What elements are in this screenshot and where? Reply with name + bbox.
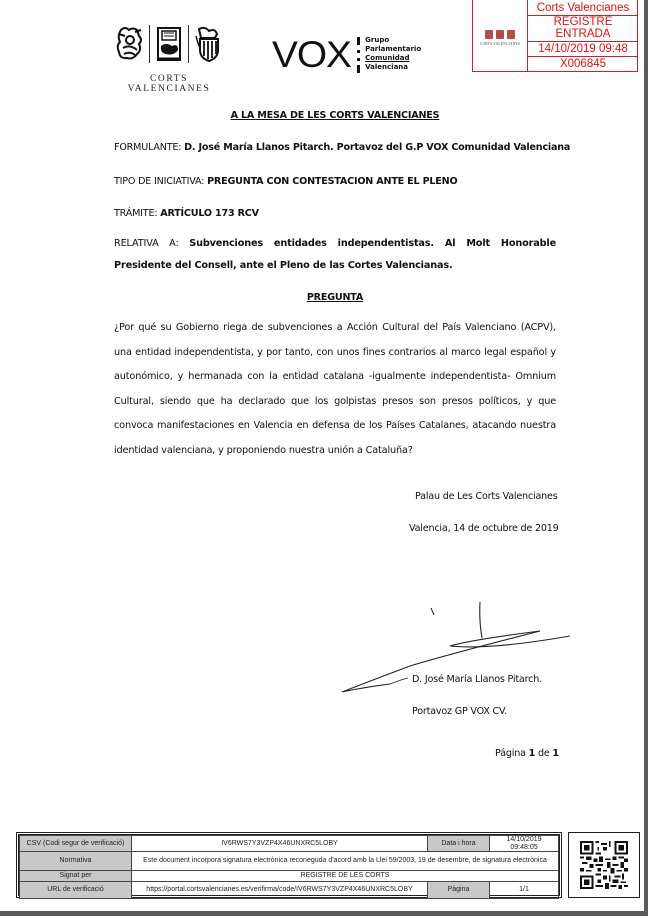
normativa-value: Este document incorpora signatura electr… bbox=[132, 852, 559, 871]
place-line: Palau de Les Corts Valencianes bbox=[415, 491, 558, 502]
stamp-logo: CORTS VALENCIANES bbox=[473, 0, 528, 71]
document-heading: A LA MESA DE LES CORTS VALENCIANES bbox=[114, 110, 556, 121]
signat-value: REGISTRE DE LES CORTS bbox=[132, 871, 559, 882]
formulante-label: FORMULANTE: bbox=[114, 142, 184, 153]
qr-code-icon bbox=[580, 841, 628, 889]
pregunta-heading: PREGUNTA bbox=[114, 292, 556, 303]
stamp-institution: Corts Valencianes bbox=[528, 0, 638, 16]
stamp-type: REGISTRE ENTRADA bbox=[528, 16, 638, 42]
qr-code-box bbox=[568, 832, 640, 898]
normativa-label: Normativa bbox=[20, 852, 132, 871]
vox-logo: VOX Grupo Parlamentario Comunidad Valenc… bbox=[272, 34, 421, 74]
vox-bars-icon bbox=[357, 35, 360, 73]
stamp-number: X006845 bbox=[528, 57, 638, 71]
datetime-label: Data i hora bbox=[428, 836, 490, 852]
url-value[interactable]: https://portal.cortsvalencianes.es/verif… bbox=[132, 882, 428, 899]
vox-wordmark: VOX bbox=[272, 36, 351, 73]
page-edge-right bbox=[644, 0, 648, 916]
tipo-label: TIPO DE INICIATIVA: bbox=[114, 176, 207, 187]
relativa-paragraph: RELATIVA A: Subvenciones entidades indep… bbox=[114, 233, 556, 277]
datetime-value: 14/10/2019 09:48:05 bbox=[490, 836, 559, 852]
verification-table: CSV (Codi segur de verificació) IV6RWS7Y… bbox=[16, 832, 562, 898]
url-label: URL de verificació bbox=[20, 882, 132, 899]
logo-divider bbox=[149, 25, 150, 63]
relativa-label: RELATIVA A: bbox=[114, 238, 189, 249]
csv-value: IV6RWS7Y3VZP4X46UNXRC5LOBY bbox=[132, 836, 428, 852]
corts-valencianes-name: CORTS VALENCIANES bbox=[108, 74, 230, 94]
pregunta-text: ¿Por qué su Gobierno riega de subvencion… bbox=[114, 316, 556, 463]
dragon-crest-icon bbox=[115, 26, 145, 62]
stamp-crest-icons bbox=[485, 30, 515, 39]
registry-stamp: CORTS VALENCIANES Corts Valencianes REGI… bbox=[472, 0, 638, 72]
stamp-datetime: 14/10/2019 09:48 bbox=[528, 42, 638, 57]
tipo-value: PREGUNTA CON CONTESTACION ANTE EL PLENO bbox=[207, 176, 457, 187]
page-number: Página 1 de 1 bbox=[495, 748, 559, 759]
tipo-iniciativa-line: TIPO DE INICIATIVA: PREGUNTA CON CONTEST… bbox=[114, 176, 556, 187]
seat-crest-icon bbox=[154, 26, 184, 62]
signer-name: D. José María Llanos Pitarch. bbox=[412, 674, 542, 685]
page-edge-bottom bbox=[0, 911, 648, 916]
csv-label: CSV (Codi segur de verificació) bbox=[20, 836, 132, 852]
signat-label: Signat per bbox=[20, 871, 132, 882]
handwritten-signature bbox=[330, 596, 570, 706]
formulante-value: D. José María Llanos Pitarch. Portavoz d… bbox=[184, 142, 570, 153]
logo-divider bbox=[188, 25, 189, 63]
tramite-line: TRÁMITE: ARTÍCULO 173 RCV bbox=[114, 208, 556, 219]
pagina-value: 1/1 bbox=[490, 882, 559, 899]
corts-valencianes-logo: CORTS VALENCIANES bbox=[108, 24, 230, 86]
shield-crest-icon bbox=[193, 26, 223, 62]
signer-role: Portavoz GP VOX CV. bbox=[412, 706, 507, 717]
date-line: Valencia, 14 de octubre de 2019 bbox=[409, 523, 559, 534]
formulante-line: FORMULANTE: D. José María Llanos Pitarch… bbox=[114, 142, 556, 153]
pagina-label: Pàgina bbox=[428, 882, 490, 899]
tramite-label: TRÁMITE: bbox=[114, 208, 160, 219]
vox-group-subtitle: Grupo Parlamentario Comunidad Valenciana bbox=[365, 36, 421, 72]
tramite-value: ARTÍCULO 173 RCV bbox=[160, 208, 259, 219]
